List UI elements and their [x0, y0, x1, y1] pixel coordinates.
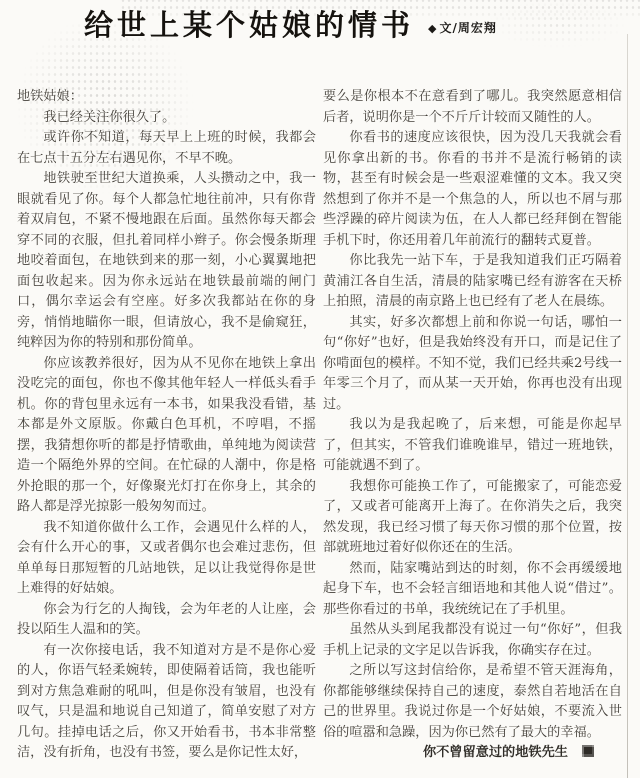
paragraph: 我想你可能换工作了，可能搬家了，可能恋爱了，又或者可能离开上海了。在你消失之后，… [323, 477, 622, 559]
page-edge-line [627, 34, 628, 778]
paragraph: 或许你不知道，每天早上上班的时候，我都会在七点十五分左右遇见你，不早不晚。 [17, 128, 316, 169]
article-title: 给世上某个姑娘的情书 [84, 5, 414, 45]
signature-line: 你不曾留意过的地铁先生 [323, 743, 622, 764]
left-column: 地铁姑娘： 我已经关注你很久了。 或许你不知道，每天早上上班的时候，我都会在七点… [17, 87, 316, 764]
paragraph: 你应该教养很好，因为从不见你在地铁上拿出没吃完的面包，你也不像其他年轻人一样低头… [17, 354, 316, 518]
paragraph-continuation: 要么是你根本不在意看到了哪儿。我突然愿意相信后者，说明你是一个不斤斤计较而又随性… [323, 87, 622, 128]
salutation: 地铁姑娘： [17, 87, 316, 108]
paragraph: 你会为行乞的人掏钱，会为年老的人让座，会投以陌生人温和的笑。 [17, 600, 316, 641]
paragraph: 然而，陆家嘴站到达的时刻，你不会再缓缓地起身下车，也不会轻言细语地和其他人说“借… [323, 559, 622, 621]
byline-bullet-icon: ◆ [428, 22, 437, 35]
paragraph: 有一次你接电话，我不知道对方是不是你心爱的人，你语气轻柔婉转，即使隔着话筒，我也… [17, 641, 316, 764]
paragraph: 虽然从头到尾我都没有说过一句“你好”，但我手机上记录的文字足以告诉我，你确实存在… [323, 620, 622, 661]
signature-text: 你不曾留意过的地铁先生 [423, 745, 568, 760]
paragraph: 其实，好多次都想上前和你说一句话，哪怕一句“你好”也好，但是我始终没有开口，而是… [323, 313, 622, 416]
paragraph: 之所以写这封信给你，是希望不管天涯海角，你都能够继续保持自己的速度，泰然自若地活… [323, 661, 622, 743]
paragraph: 我不知道你做什么工作，会遇见什么样的人，会有什么开心的事，又或者偶尔也会难过悲伤… [17, 518, 316, 600]
article-end-icon [582, 745, 594, 757]
paragraph: 地铁驶至世纪大道换乘，人头攒动之中，我一眼就看见了你。每个人都急忙地往前冲，只有… [17, 169, 316, 354]
article-byline: ◆文/周宏翔 [428, 19, 497, 36]
magazine-page: 给世上某个姑娘的情书 ◆文/周宏翔 地铁姑娘： 我已经关注你很久了。 或许你不知… [0, 0, 640, 778]
paragraph: 我以为是我起晚了，后来想，可能是你起早了，但其实，不管我们谁晚谁早，错过一班地铁… [323, 415, 622, 477]
right-column: 要么是你根本不在意看到了哪儿。我突然愿意相信后者，说明你是一个不斤斤计较而又随性… [323, 87, 622, 764]
paragraph: 我已经关注你很久了。 [17, 108, 316, 129]
byline-text: 文/周宏翔 [439, 21, 496, 35]
paragraph: 你比我先一站下车，于是我知道我们正巧隔着黄浦江各自生活，清晨的陆家嘴已经有游客在… [323, 251, 622, 313]
article-header: 给世上某个姑娘的情书 ◆文/周宏翔 [84, 5, 497, 45]
paragraph: 你看书的速度应该很快，因为没几天我就会看见你拿出新的书。你看的书并不是流行畅销的… [323, 128, 622, 251]
